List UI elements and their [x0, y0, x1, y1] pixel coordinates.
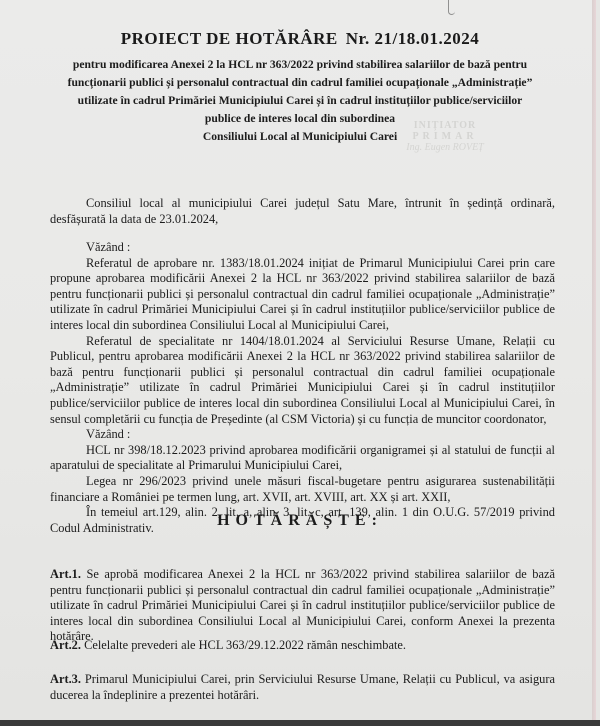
- paper-edge: [592, 0, 596, 720]
- consideration-item: Legea nr 296/2023 privind unele măsuri f…: [50, 474, 555, 505]
- document-page: INIȚIATOR PRIMAR Ing. Eugen ROVEȚ PROIEC…: [0, 0, 596, 720]
- background-strip: [0, 720, 600, 726]
- article-2: Art.2. Celelalte prevederi ale HCL 363/2…: [50, 638, 555, 654]
- preamble-section: Consiliul local al municipiului Carei ju…: [50, 196, 555, 227]
- article-text: Celelalte prevederi ale HCL 363/29.12.20…: [81, 638, 406, 652]
- article-1: Art.1. Se aprobă modificarea Anexei 2 la…: [50, 567, 555, 645]
- decision-heading: HOTĂRĂȘTE:: [0, 512, 600, 530]
- article-label: Art.2.: [50, 638, 81, 652]
- vazand-heading: Văzând :: [50, 240, 555, 256]
- consideration-item: Referatul de specialitate nr 1404/18.01.…: [50, 334, 555, 428]
- article-text: Primarul Municipiului Carei, prin Servic…: [50, 672, 555, 702]
- document-subtitle: pentru modificarea Anexei 2 la HCL nr 36…: [60, 56, 540, 146]
- preamble: Consiliul local al municipiului Carei ju…: [50, 196, 555, 227]
- document-title: PROIECT DE HOTĂRÂRENr. 21/18.01.2024: [0, 29, 600, 49]
- article-label: Art.1.: [50, 567, 81, 581]
- signature-mark: [448, 0, 455, 15]
- consideration-item: Referatul de aprobare nr. 1383/18.01.202…: [50, 256, 555, 334]
- considerations-section-1: Văzând : Referatul de aprobare nr. 1383/…: [50, 240, 555, 536]
- document-number: Nr. 21/18.01.2024: [346, 29, 480, 48]
- article-label: Art.3.: [50, 672, 81, 686]
- consideration-item: HCL nr 398/18.12.2023 privind aprobarea …: [50, 443, 555, 474]
- vazand-heading: Văzând :: [50, 427, 555, 443]
- article-text: Se aprobă modificarea Anexei 2 la HCL nr…: [50, 567, 555, 643]
- article-3: Art.3. Primarul Municipiului Carei, prin…: [50, 672, 555, 703]
